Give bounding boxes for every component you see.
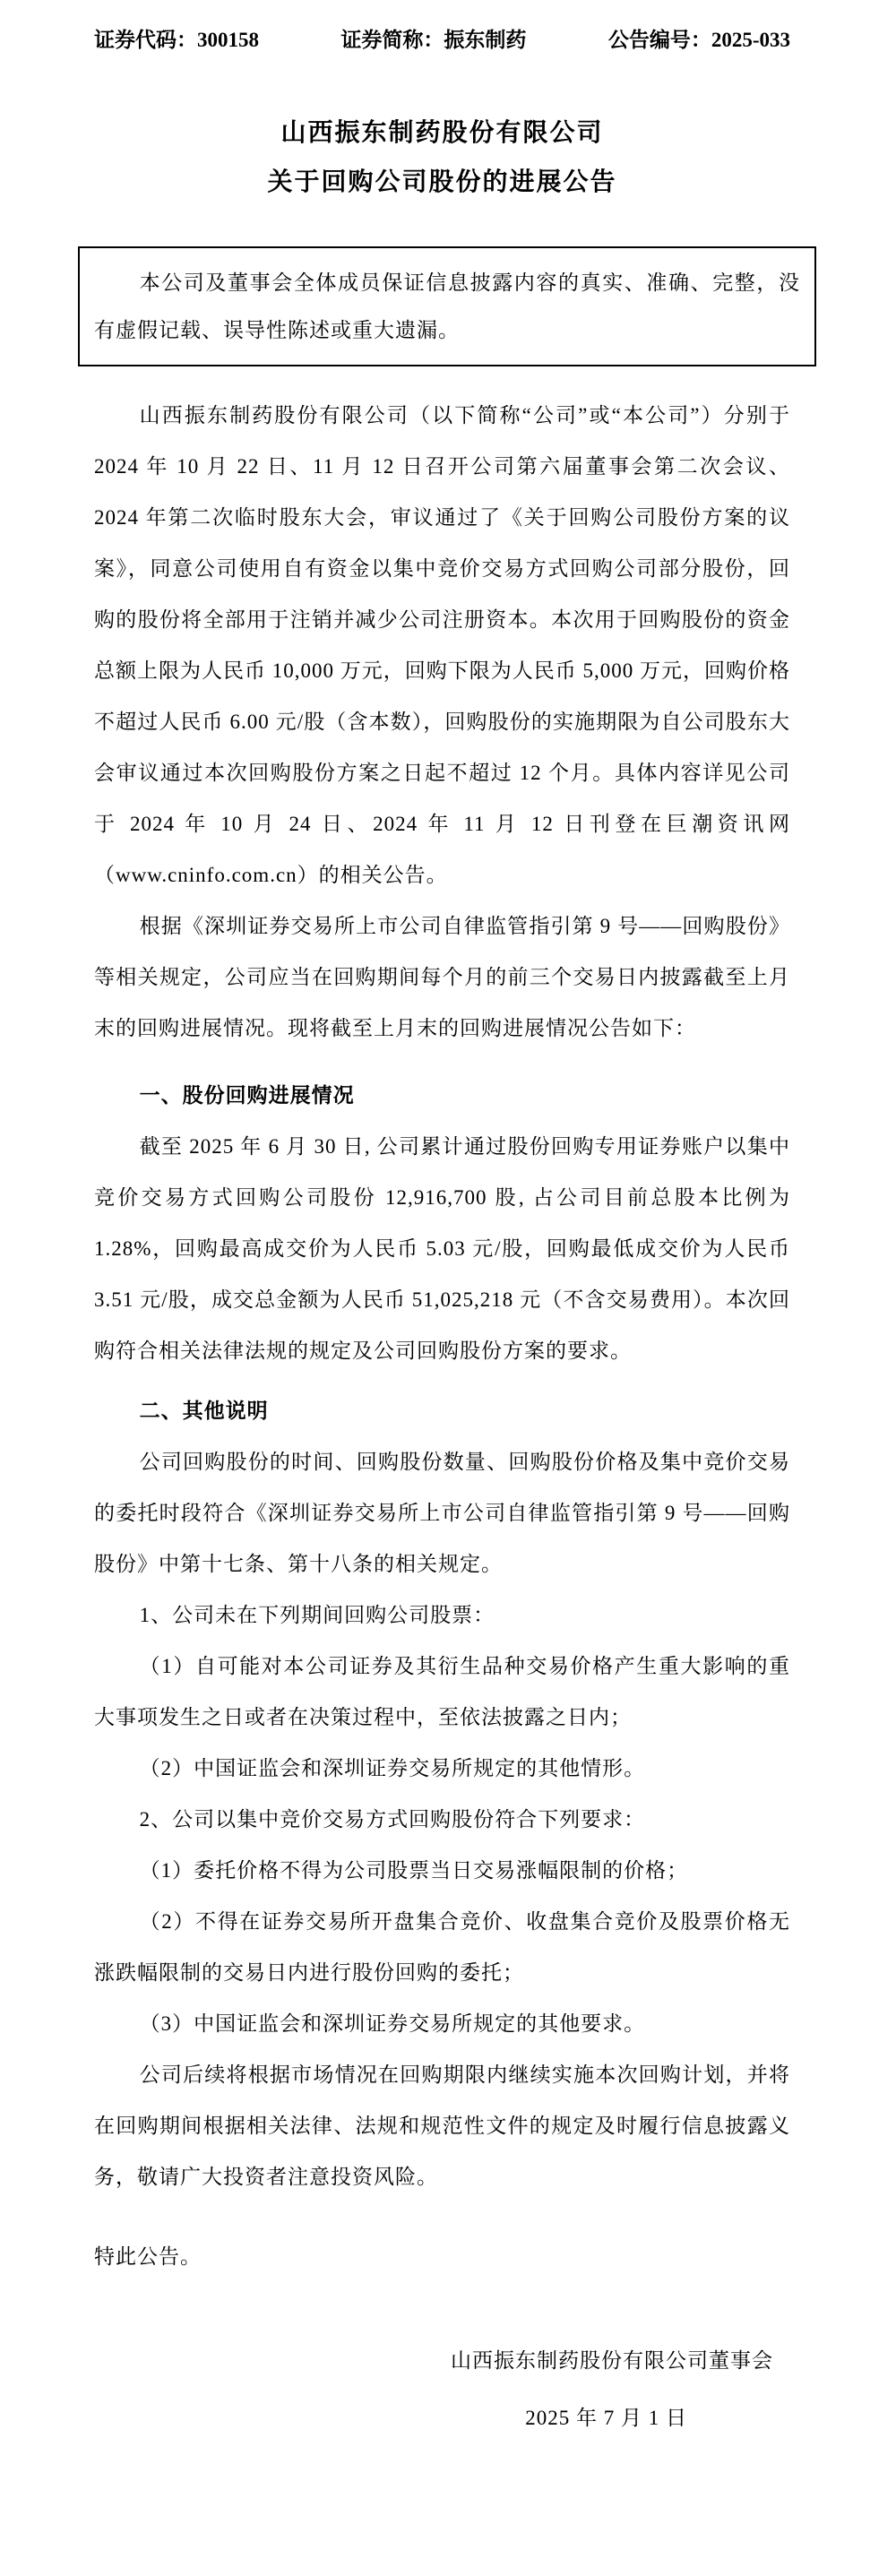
announcement-document: 证券代码：300158 证券简称：振东制药 公告编号：2025-033 山西振东… [0,0,896,2576]
announcement-title: 关于回购公司股份的进展公告 [94,168,790,198]
list-item-1-sub-1: （1）自可能对本公司证券及其衍生品种交易价格产生重大影响的重大事项发生之日或者在… [94,1641,790,1743]
closing-line: 特此公告。 [94,2231,790,2282]
disclaimer-box: 本公司及董事会全体成员保证信息披露内容的真实、准确、完整，没有虚假记载、误导性陈… [78,246,816,366]
stock-abbr: 证券简称：振东制药 [340,27,526,54]
list-item-1-sub-2: （2）中国证监会和深圳证券交易所规定的其他情形。 [94,1743,790,1794]
section2-heading: 二、其他说明 [94,1385,790,1436]
document-header: 证券代码：300158 证券简称：振东制药 公告编号：2025-033 [94,27,790,54]
signature-date: 2025 年 7 月 1 日 [94,2392,790,2443]
company-title: 山西振东制药股份有限公司 [94,118,790,149]
signature-company: 山西振东制药股份有限公司董事会 [94,2335,790,2386]
disclaimer-text: 本公司及董事会全体成员保证信息披露内容的真实、准确、完整，没有虚假记载、误导性陈… [94,271,800,341]
stock-code: 证券代码：300158 [94,27,259,54]
intro-paragraph-1: 山西振东制药股份有限公司（以下简称“公司”或“本公司”）分别于 2024 年 1… [94,390,790,900]
intro-paragraph-2: 根据《深圳证券交易所上市公司自律监管指引第 9 号——回购股份》等相关规定，公司… [94,900,790,1054]
list-item-1: 1、公司未在下列期间回购公司股票： [94,1590,790,1641]
list-item-2: 2、公司以集中竞价交易方式回购股份符合下列要求： [94,1794,790,1845]
outlook-paragraph: 公司后续将根据市场情况在回购期限内继续实施本次回购计划，并将在回购期间根据相关法… [94,2049,790,2202]
announcement-number: 公告编号：2025-033 [608,27,790,54]
section1-paragraph: 截至 2025 年 6 月 30 日, 公司累计通过股份回购专用证券账户以集中竞… [94,1121,790,1376]
section1-heading: 一、股份回购进展情况 [94,1070,790,1121]
list-item-2-sub-3: （3）中国证监会和深圳证券交易所规定的其他要求。 [94,1998,790,2049]
list-item-2-sub-2: （2）不得在证券交易所开盘集合竞价、收盘集合竞价及股票价格无涨跌幅限制的交易日内… [94,1896,790,1998]
list-item-2-sub-1: （1）委托价格不得为公司股票当日交易涨幅限制的价格； [94,1845,790,1896]
section2-paragraph: 公司回购股份的时间、回购股份数量、回购股份价格及集中竞价交易的委托时段符合《深圳… [94,1436,790,1590]
